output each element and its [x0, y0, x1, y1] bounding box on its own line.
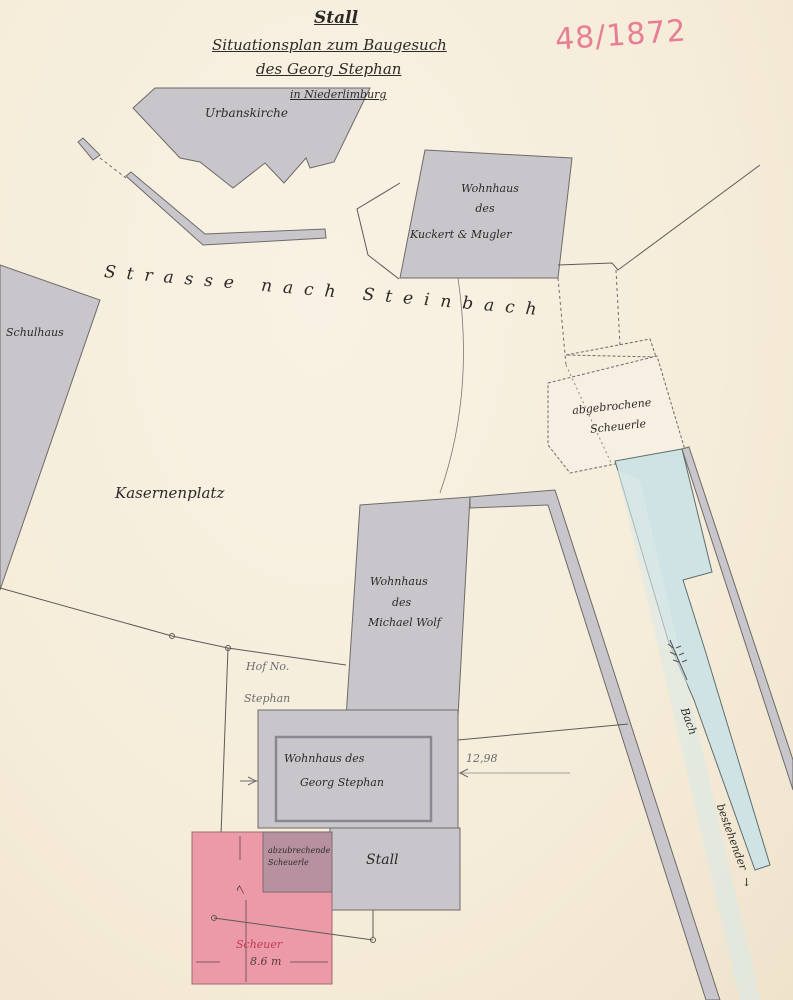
- house-kuckert-label-1: Wohnhaus: [430, 182, 550, 195]
- shed-demolish-label-1: abzubrechende: [268, 846, 330, 855]
- flow-arrow-icon: ↓: [742, 876, 751, 889]
- house-kuckert-label-3: Kuckert & Mugler: [410, 228, 512, 241]
- house-georg-stephan: [258, 710, 458, 828]
- stable-building: [330, 828, 460, 910]
- house-stephan-label-1: Wohnhaus des: [284, 752, 364, 765]
- house-kuckert-label-2: des: [430, 202, 540, 215]
- wall-segment: [78, 138, 100, 160]
- stable-label: Stall: [366, 852, 399, 868]
- barn-label: Scheuer: [236, 938, 282, 951]
- owner-name: des Georg Stephan: [256, 60, 401, 78]
- plan-title: Stall: [314, 8, 358, 28]
- courtyard-label-1: Hof No.: [246, 660, 289, 673]
- courtyard-label-2: Stephan: [244, 692, 290, 705]
- location: in Niederlimburg: [290, 88, 386, 101]
- house-stephan-label-2: Georg Stephan: [300, 776, 384, 789]
- demolished-shed: [566, 339, 656, 357]
- house-wolf-label-1: Wohnhaus: [370, 575, 428, 588]
- church-building: [133, 88, 370, 188]
- school-building: [0, 265, 100, 590]
- school-label: Schulhaus: [6, 326, 64, 339]
- plan-subtitle: Situationsplan zum Baugesuch: [212, 36, 447, 54]
- barn-width: 8.6 m: [250, 955, 281, 968]
- church-label: Urbanskirche: [205, 106, 288, 120]
- distance-label: 12,98: [466, 752, 498, 765]
- house-wolf-label-3: Michael Wolf: [368, 616, 441, 629]
- barracks-square-label: Kasernenplatz: [115, 484, 224, 502]
- house-wolf-label-2: des: [392, 596, 411, 609]
- shed-demolish-label-2: Scheuerle: [268, 858, 309, 867]
- site-plan-sheet: Stall Situationsplan zum Baugesuch des G…: [0, 0, 793, 1000]
